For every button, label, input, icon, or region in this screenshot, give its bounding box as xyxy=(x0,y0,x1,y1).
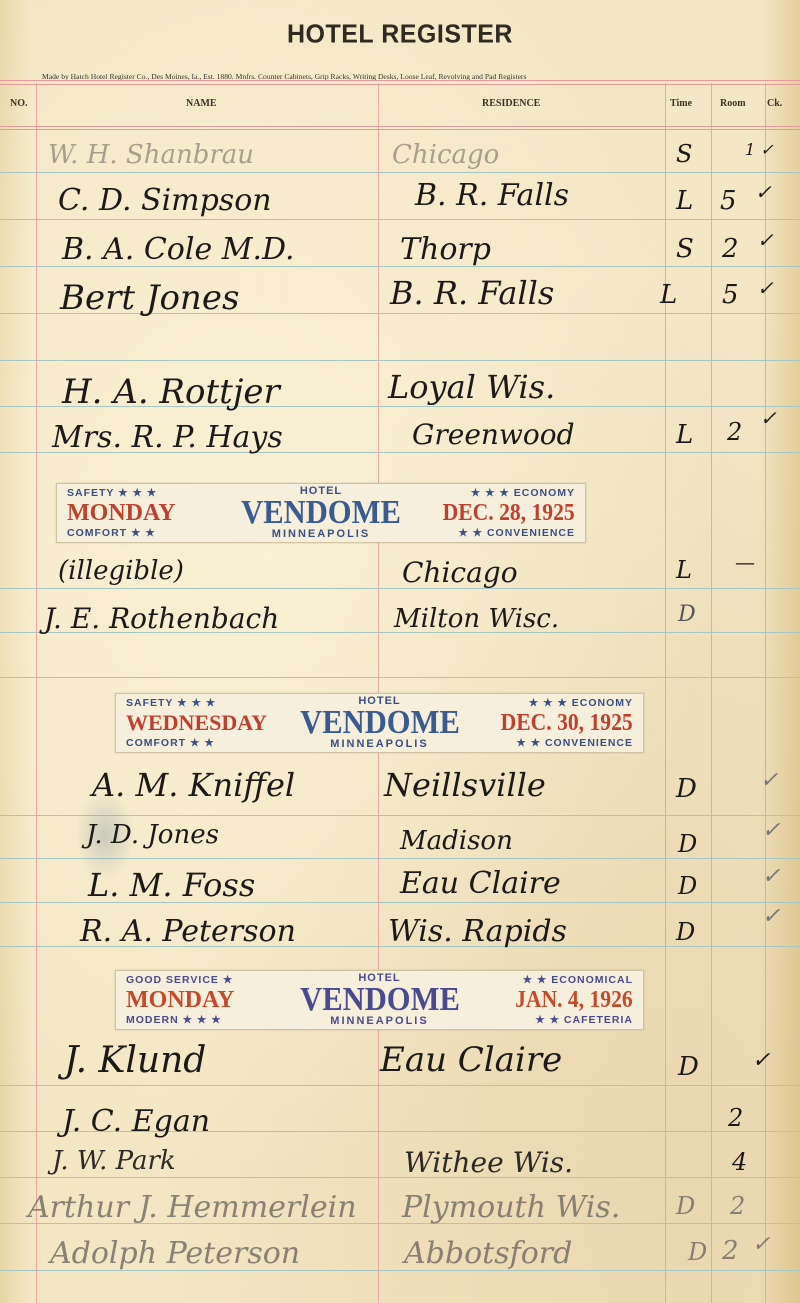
entry-ck: ✓ xyxy=(757,276,774,300)
column-divider xyxy=(711,83,712,1303)
entry-room: 2 xyxy=(722,234,739,264)
entry-residence: Thorp xyxy=(400,232,491,267)
stamp-city: MINNEAPOLIS xyxy=(330,1015,428,1027)
stamp-top-right: ★ ★ ★ ECONOMY xyxy=(471,487,575,499)
entry-ck: — xyxy=(735,550,755,574)
rule-line xyxy=(0,84,800,85)
column-divider xyxy=(765,83,766,1303)
entry-time: D xyxy=(678,830,697,858)
entry-name: Arthur J. Hemmerlein xyxy=(28,1190,357,1225)
column-header-no: NO. xyxy=(10,98,28,109)
entry-time: L xyxy=(660,280,677,310)
rule-line xyxy=(0,1085,800,1086)
entry-residence: Neillsville xyxy=(384,766,546,804)
entry-time: D xyxy=(678,1052,699,1082)
stamp-bottom-left: COMFORT ★ ★ xyxy=(126,737,215,749)
entry-residence: Chicago xyxy=(402,556,518,589)
entry-residence: Eau Claire xyxy=(380,1040,562,1080)
rule-line xyxy=(0,80,800,81)
entry-name: C. D. Simpson xyxy=(58,183,272,218)
entry-room: 2 xyxy=(730,1192,745,1220)
rule-line xyxy=(0,126,800,127)
stamp-top-left: GOOD SERVICE ★ xyxy=(126,974,233,986)
entry-name: J. W. Park xyxy=(52,1146,176,1176)
entry-residence: Chicago xyxy=(392,140,499,170)
entry-name: L. M. Foss xyxy=(88,866,255,904)
entry-residence: Loyal Wis. xyxy=(388,368,555,406)
entry-room: 5 xyxy=(720,186,737,216)
rule-line xyxy=(0,588,800,589)
date-stamp: SAFETY ★ ★ ★ HOTEL ★ ★ ★ ECONOMY WEDNESD… xyxy=(115,693,644,753)
stamp-city: MINNEAPOLIS xyxy=(272,528,370,540)
column-header-residence: RESIDENCE xyxy=(482,98,540,109)
column-divider xyxy=(36,83,37,1303)
entry-name: R. A. Peterson xyxy=(80,914,296,949)
entry-residence: Greenwood xyxy=(412,418,575,451)
rule-line xyxy=(0,360,800,361)
column-divider xyxy=(665,83,666,1303)
entry-name: Adolph Peterson xyxy=(50,1236,300,1271)
entry-residence: Milton Wisc. xyxy=(394,604,559,634)
entry-residence: Abbotsford xyxy=(404,1236,572,1271)
entry-name: J. C. Egan xyxy=(62,1104,210,1139)
stamp-date: DEC. 28, 1925 xyxy=(443,500,575,527)
entry-time: D xyxy=(676,1192,695,1220)
rule-line xyxy=(0,129,800,130)
entry-residence: Madison xyxy=(400,826,513,856)
stamp-day: MONDAY xyxy=(126,987,234,1014)
entry-residence: Wis. Rapids xyxy=(388,914,567,949)
stamp-brand: VENDOME xyxy=(300,704,460,742)
register-page: HOTEL REGISTER Made by Hatch Hotel Regis… xyxy=(0,0,800,1303)
entry-name: J. Klund xyxy=(64,1040,206,1081)
entry-room: 2 xyxy=(722,1236,739,1266)
entry-name: A. M. Kniffel xyxy=(92,766,295,804)
entry-time: D xyxy=(676,774,697,804)
column-header-name: NAME xyxy=(186,98,217,109)
entry-ck: ✓ xyxy=(755,180,772,204)
entry-name: J. E. Rothenbach xyxy=(44,602,279,635)
entry-name: H. A. Rottjer xyxy=(62,372,280,412)
rule-line xyxy=(0,1177,800,1178)
stamp-bottom-left: MODERN ★ ★ ★ xyxy=(126,1014,222,1026)
entry-time: L xyxy=(676,556,692,584)
entry-time: L xyxy=(676,186,693,216)
stamp-top-left: SAFETY ★ ★ ★ xyxy=(126,697,216,709)
entry-time: D xyxy=(676,918,695,946)
entry-name: Bert Jones xyxy=(60,278,239,318)
entry-ck: ✓ xyxy=(752,1048,770,1073)
entry-ck: ✓ xyxy=(762,818,780,843)
entry-residence: Eau Claire xyxy=(400,866,561,901)
entry-residence: B. R. Falls xyxy=(390,274,554,312)
entry-time: D xyxy=(688,1238,707,1266)
rule-line xyxy=(0,219,800,220)
rule-line xyxy=(0,172,800,173)
entry-time: S xyxy=(676,234,694,264)
stamp-top-right: ★ ★ ECONOMICAL xyxy=(523,974,633,986)
entry-room: 2 xyxy=(727,418,742,446)
stamp-top-left: SAFETY ★ ★ ★ xyxy=(67,487,157,499)
rule-line xyxy=(0,677,800,678)
entry-ck: ✓ xyxy=(760,406,777,430)
entry-time: L xyxy=(676,420,693,450)
entry-room: 2 xyxy=(728,1104,743,1132)
column-header-ck: Ck. xyxy=(767,98,782,109)
entry-name: B. A. Cole M.D. xyxy=(62,232,295,267)
stamp-brand: VENDOME xyxy=(241,494,401,532)
entry-room: 5 xyxy=(722,280,739,310)
stamp-top-right: ★ ★ ★ ECONOMY xyxy=(529,697,633,709)
stamp-day: WEDNESDAY xyxy=(126,710,267,736)
entry-ck: ✓ xyxy=(762,904,780,929)
column-header-time: Time xyxy=(670,98,692,109)
column-header-room: Room xyxy=(720,98,746,109)
entry-room: 4 xyxy=(732,1148,747,1176)
stamp-bottom-left: COMFORT ★ ★ xyxy=(67,527,156,539)
entry-residence: Withee Wis. xyxy=(404,1146,573,1179)
entry-time: D xyxy=(678,602,696,627)
entry-name: J. D. Jones xyxy=(86,820,219,850)
entry-residence: B. R. Falls xyxy=(415,178,569,213)
stamp-bottom-right: ★ ★ CONVENIENCE xyxy=(516,737,633,749)
entry-ck: 1 ✓ xyxy=(745,140,774,159)
stamp-date: DEC. 30, 1925 xyxy=(501,710,633,737)
stamp-date: JAN. 4, 1926 xyxy=(515,987,633,1014)
stamp-brand: VENDOME xyxy=(300,981,460,1019)
date-stamp: GOOD SERVICE ★ HOTEL ★ ★ ECONOMICAL MOND… xyxy=(115,970,644,1030)
stamp-bottom-right: ★ ★ CONVENIENCE xyxy=(458,527,575,539)
date-stamp: SAFETY ★ ★ ★ HOTEL ★ ★ ★ ECONOMY MONDAY … xyxy=(56,483,586,543)
entry-time: S xyxy=(676,140,692,168)
entry-time: D xyxy=(678,872,697,900)
entry-ck: ✓ xyxy=(757,228,774,252)
stamp-bottom-right: ★ ★ CAFETERIA xyxy=(535,1014,633,1026)
page-title: HOTEL REGISTER xyxy=(0,19,800,49)
entry-residence: Plymouth Wis. xyxy=(402,1190,620,1225)
entry-name: W. H. Shanbrau xyxy=(48,140,254,170)
entry-ck: ✓ xyxy=(752,1232,770,1257)
entry-ck: ✓ xyxy=(760,768,778,793)
entry-name: Mrs. R. P. Hays xyxy=(52,420,283,455)
entry-ck: ✓ xyxy=(762,864,780,889)
stamp-city: MINNEAPOLIS xyxy=(330,738,428,750)
entry-name: (illegible) xyxy=(58,556,184,586)
stamp-day: MONDAY xyxy=(67,500,175,527)
